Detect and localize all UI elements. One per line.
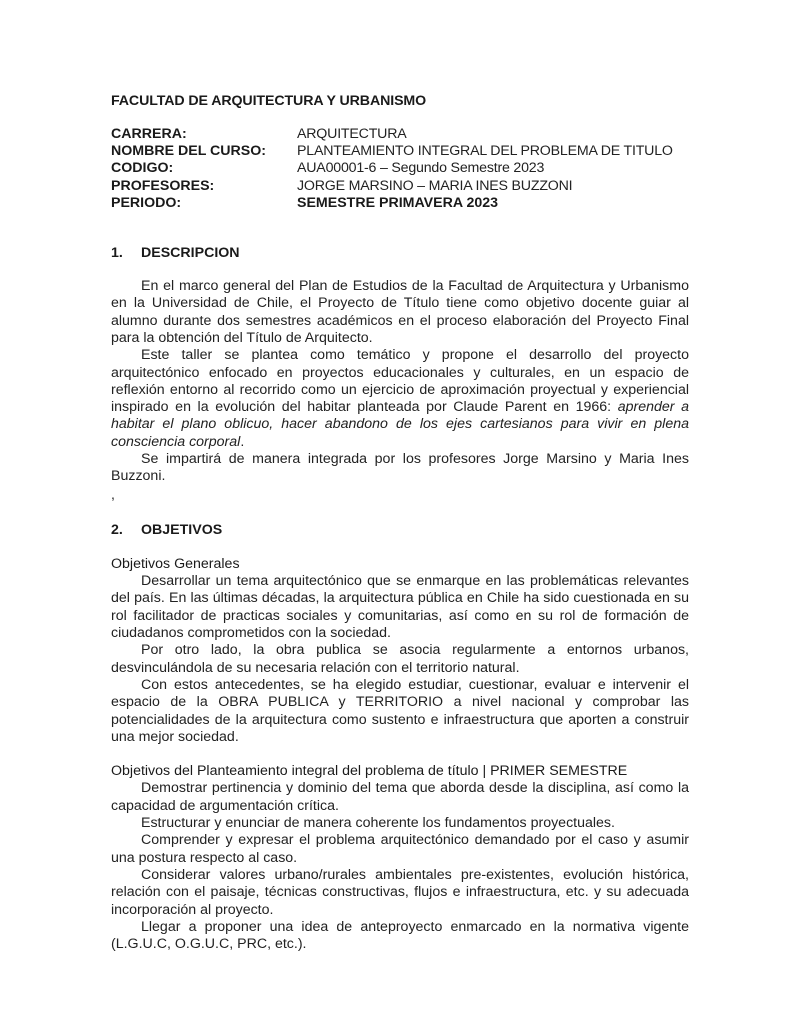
course-info-row-nombre: NOMBRE DEL CURSO: PLANTEAMIENTO INTEGRAL… <box>111 143 689 160</box>
paragraph-text: Este taller se plantea como temático y p… <box>111 347 689 415</box>
paragraph: Con estos antecedentes, se ha elegido es… <box>111 677 689 746</box>
primer-semestre-body: Demostrar pertinencia y dominio del tema… <box>111 780 689 953</box>
paragraph: Se impartirá de manera integrada por los… <box>111 451 689 486</box>
field-value: SEMESTRE PRIMAVERA 2023 <box>297 195 498 212</box>
paragraph: Desarrollar un tema arquitectónico que s… <box>111 573 689 642</box>
section-title: OBJETIVOS <box>141 522 222 539</box>
faculty-title: FACULTAD DE ARQUITECTURA Y URBANISMO <box>111 93 689 110</box>
course-info-row-carrera: CARRERA: ARQUITECTURA <box>111 126 689 143</box>
field-value: ARQUITECTURA <box>297 126 407 143</box>
course-info-row-periodo: PERIODO: SEMESTRE PRIMAVERA 2023 <box>111 195 689 212</box>
paragraph: Llegar a proponer una idea de anteproyec… <box>111 919 689 954</box>
paragraph: Comprender y expresar el problema arquit… <box>111 832 689 867</box>
section-heading-objetivos: 2. OBJETIVOS <box>111 522 689 539</box>
section-number: 2. <box>111 522 141 539</box>
subheading-objetivos-generales: Objetivos Generales <box>111 556 689 573</box>
field-label: NOMBRE DEL CURSO: <box>111 143 297 160</box>
field-value: JORGE MARSINO – MARIA INES BUZZONI <box>297 178 572 195</box>
paragraph: Demostrar pertinencia y dominio del tema… <box>111 780 689 815</box>
field-label: PERIODO: <box>111 195 297 212</box>
field-label: PROFESORES: <box>111 178 297 195</box>
section-number: 1. <box>111 245 141 262</box>
objetivos-generales-body: Desarrollar un tema arquitectónico que s… <box>111 573 689 746</box>
descripcion-body: En el marco general del Plan de Estudios… <box>111 278 689 503</box>
field-label: CODIGO: <box>111 160 297 177</box>
paragraph: Estructurar y enunciar de manera coheren… <box>111 815 689 832</box>
course-info: CARRERA: ARQUITECTURA NOMBRE DEL CURSO: … <box>111 126 689 212</box>
paragraph: Este taller se plantea como temático y p… <box>111 347 689 451</box>
course-info-row-profesores: PROFESORES: JORGE MARSINO – MARIA INES B… <box>111 178 689 195</box>
section-title: DESCRIPCION <box>141 245 240 262</box>
paragraph: Por otro lado, la obra publica se asocia… <box>111 642 689 677</box>
section-heading-descripcion: 1. DESCRIPCION <box>111 245 689 262</box>
field-value: PLANTEAMIENTO INTEGRAL DEL PROBLEMA DE T… <box>297 143 673 160</box>
field-label: CARRERA: <box>111 126 297 143</box>
subheading-primer-semestre: Objetivos del Planteamiento integral del… <box>111 763 689 780</box>
stray-mark: , <box>111 486 689 503</box>
course-info-row-codigo: CODIGO: AUA00001-6 – Segundo Semestre 20… <box>111 160 689 177</box>
field-value: AUA00001-6 – Segundo Semestre 2023 <box>297 160 544 177</box>
paragraph: Considerar valores urbano/rurales ambien… <box>111 867 689 919</box>
paragraph: En el marco general del Plan de Estudios… <box>111 278 689 347</box>
document-page: FACULTAD DE ARQUITECTURA Y URBANISMO CAR… <box>111 93 689 953</box>
paragraph-end: . <box>240 434 244 450</box>
